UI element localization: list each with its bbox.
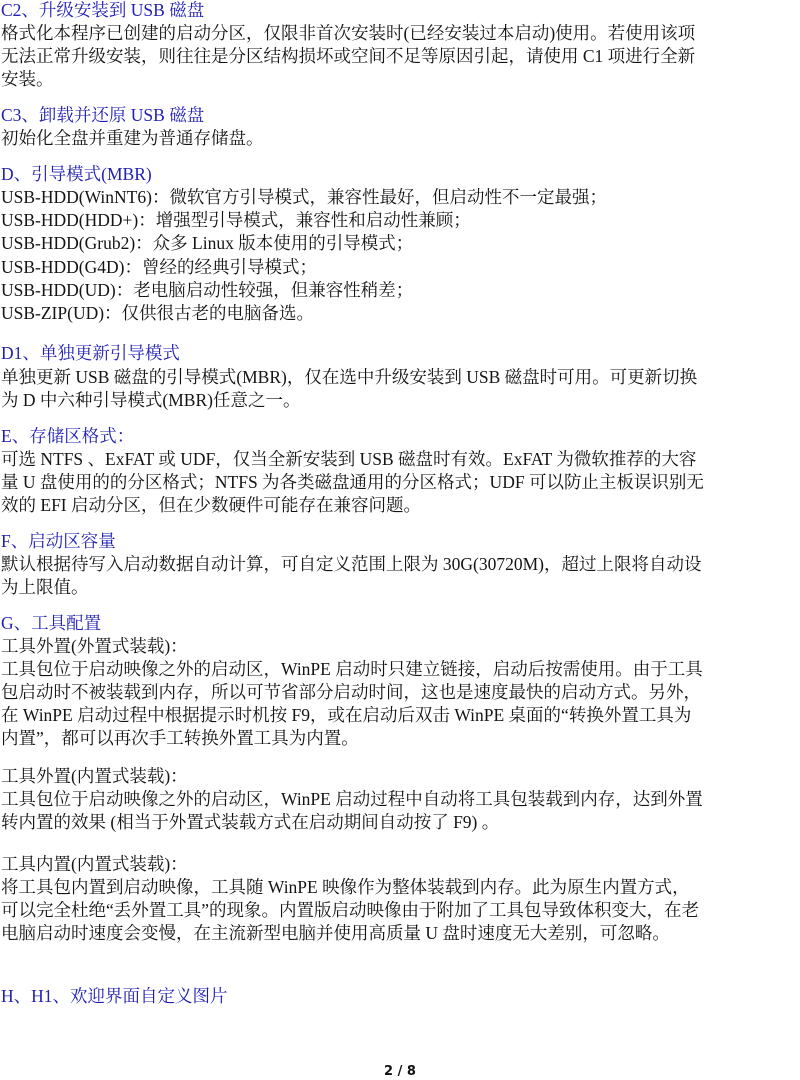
subsection-title: 工具外置(外置式装载)： <box>1 635 188 657</box>
paragraph-line: 默认根据待写入启动数据自动计算，可自定义范围上限为 30G(30720M)，超过… <box>1 553 701 575</box>
section-heading-h: H、H1、欢迎界面自定义图片 <box>1 985 228 1007</box>
paragraph-line: 格式化本程序已创建的启动分区，仅限非首次安装时(已经安装过本启动)使用。若使用该… <box>1 22 695 44</box>
section-heading-c3: C3、卸载并还原 USB 磁盘 <box>1 104 204 126</box>
paragraph-line: 内置”，都可以再次手工转换外置工具为内置。 <box>1 727 359 749</box>
paragraph-line: 效的 EFI 启动分区，但在少数硬件可能存在兼容问题。 <box>1 494 421 516</box>
paragraph-line: 安装。 <box>1 68 54 90</box>
paragraph-line: 可选 NTFS 、ExFAT 或 UDF，仅当全新安装到 USB 磁盘时有效。E… <box>1 448 696 470</box>
document-page: C2、升级安装到 USB 磁盘 格式化本程序已创建的启动分区，仅限非首次安装时(… <box>0 0 800 1080</box>
paragraph-line: 为上限值。 <box>1 576 89 598</box>
paragraph-line: 将工具包内置到启动映像，工具随 WinPE 映像作为整体装载到内存。此为原生内置… <box>1 876 690 898</box>
section-heading-d1: D1、单独更新引导模式 <box>1 342 180 364</box>
paragraph-line: 初始化全盘并重建为普通存储盘。 <box>1 127 264 149</box>
boot-mode-item: USB-HDD(WinNT6)：微软官方引导模式，兼容性最好，但启动性不一定最强… <box>1 186 607 208</box>
subsection-title: 工具内置(内置式装载)： <box>1 853 188 875</box>
paragraph-line: 工具包位于启动映像之外的启动区，WinPE 启动时只建立链接，启动后按需使用。由… <box>1 658 703 680</box>
boot-mode-item: USB-HDD(Grub2)：众多 Linux 版本使用的引导模式； <box>1 232 413 254</box>
paragraph-line: 单独更新 USB 磁盘的引导模式(MBR)，仅在选中升级安装到 USB 磁盘时可… <box>1 366 697 388</box>
paragraph-line: 无法正常升级安装，则往往是分区结构损坏或空间不足等原因引起，请使用 C1 项进行… <box>1 45 695 67</box>
paragraph-line: 工具包位于启动映像之外的启动区，WinPE 启动过程中自动将工具包装载到内存，达… <box>1 788 703 810</box>
section-heading-d: D、引导模式(MBR) <box>1 163 152 185</box>
page-number: 2 / 8 <box>0 1064 800 1080</box>
section-heading-c2: C2、升级安装到 USB 磁盘 <box>1 0 204 21</box>
paragraph-line: 包启动时不被装载到内存，所以可节省部分启动时间，这也是速度最快的启动方式。另外， <box>1 681 701 703</box>
boot-mode-item: USB-HDD(HDD+)：增强型引导模式，兼容性和启动性兼顾； <box>1 209 471 231</box>
paragraph-line: 可以完全杜绝“丢外置工具”的现象。内置版启动映像由于附加了工具包导致体积变大，在… <box>1 899 699 921</box>
boot-mode-item: USB-HDD(G4D)：曾经的经典引导模式； <box>1 256 317 278</box>
paragraph-line: 量 U 盘使用的的分区格式；NTFS 为各类磁盘通用的分区格式；UDF 可以防止… <box>1 471 704 493</box>
paragraph-line: 转内置的效果 (相当于外置式装载方式在启动期间自动按了 F9) 。 <box>1 811 499 833</box>
section-heading-e: E、存储区格式： <box>1 425 134 447</box>
subsection-title: 工具外置(内置式装载)： <box>1 765 188 787</box>
section-heading-g: G、工具配置 <box>1 612 101 634</box>
boot-mode-item: USB-HDD(UD)：老电脑启动性较强，但兼容性稍差； <box>1 279 413 301</box>
paragraph-line: 为 D 中六种引导模式(MBR)任意之一。 <box>1 389 300 411</box>
section-heading-f: F、启动区容量 <box>1 530 116 552</box>
paragraph-line: 电脑启动时速度会变慢，在主流新型电脑并使用高质量 U 盘时速度无大差别，可忽略。 <box>1 922 670 944</box>
paragraph-line: 在 WinPE 启动过程中根据提示时机按 F9，或在启动后双击 WinPE 桌面… <box>1 704 691 726</box>
boot-mode-item: USB-ZIP(UD)：仅供很古老的电脑备选。 <box>1 302 314 324</box>
